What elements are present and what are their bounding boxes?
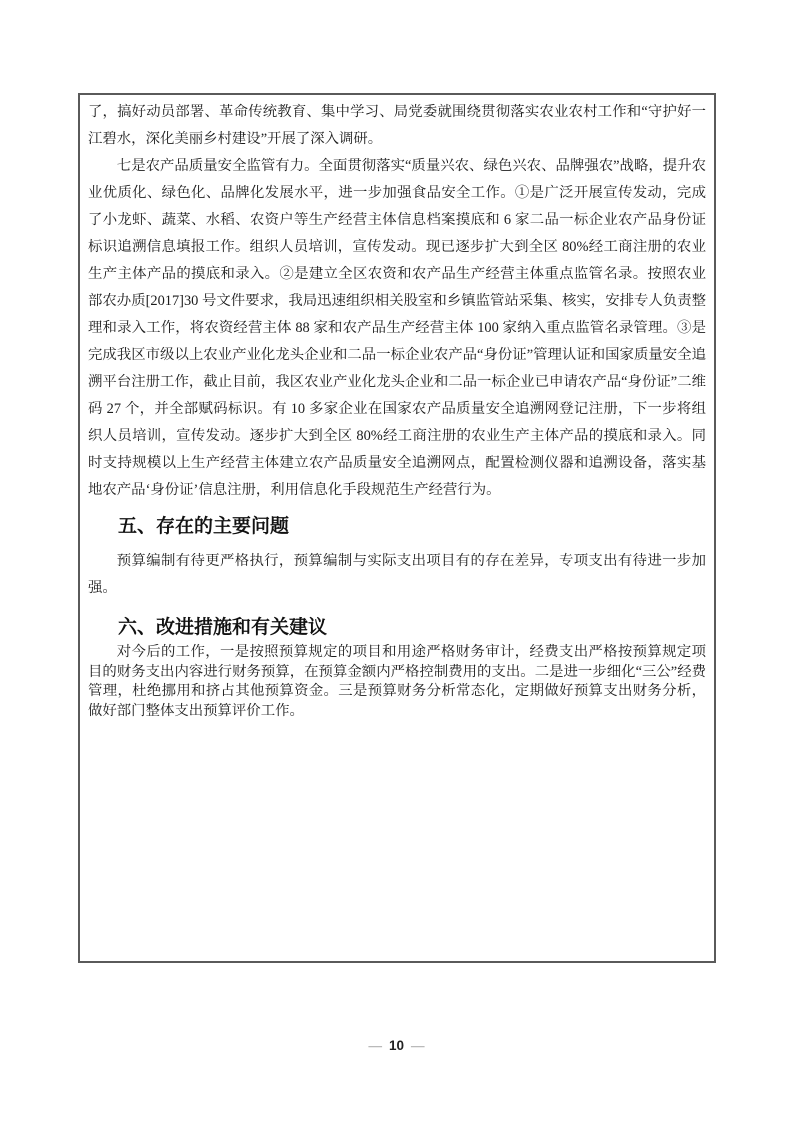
paragraph-section-six: 对今后的工作，一是按照预算规定的项目和用途严格财务审计，经费支出严格按预算规定项… (88, 643, 706, 721)
document-page: 了，搞好动员部署、革命传统教育、集中学习、局党委就围绕贯彻落实农业农村工作和“守… (0, 0, 793, 1122)
page-footer: —10— (0, 1038, 793, 1054)
content-border-box: 了，搞好动员部署、革命传统教育、集中学习、局党委就围绕贯彻落实农业农村工作和“守… (78, 93, 716, 963)
paragraph-section-five: 预算编制有待更严格执行，预算编制与实际支出项目有的存在差异，专项支出有待进一步加… (88, 548, 706, 602)
page-number: 10 (389, 1038, 404, 1054)
paragraph-continuation: 了，搞好动员部署、革命传统教育、集中学习、局党委就围绕贯彻落实农业农村工作和“守… (88, 99, 706, 153)
footer-dash-left: — (368, 1038, 382, 1053)
footer-dash-right: — (411, 1038, 425, 1053)
heading-section-five: 五、存在的主要问题 (88, 516, 706, 538)
heading-section-six: 六、改进措施和有关建议 (88, 617, 706, 639)
paragraph-section-seven: 七是农产品质量安全监管有力。全面贯彻落实“质量兴农、绿色兴农、品牌强农”战略，提… (88, 153, 706, 504)
